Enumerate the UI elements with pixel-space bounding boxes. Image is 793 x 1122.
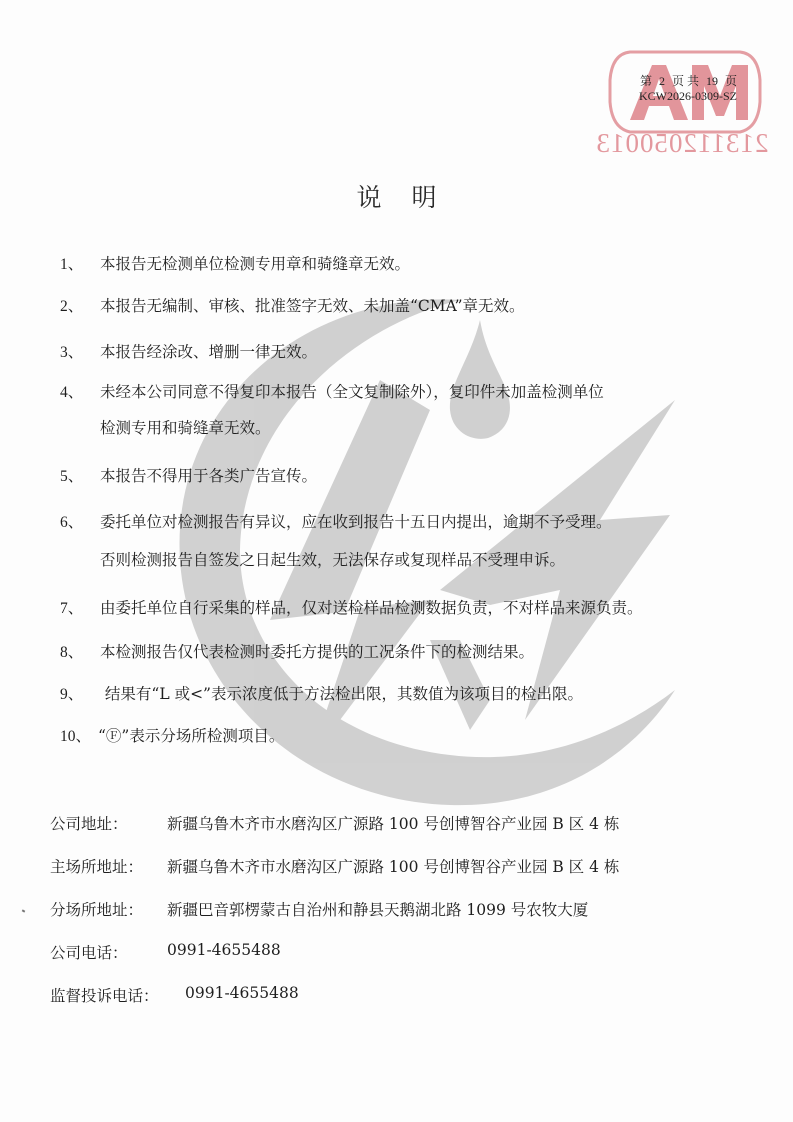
complaint-phone-label: 监督投诉电话： — [50, 984, 159, 1006]
note-number: 3、 — [60, 340, 96, 362]
note-number: 7、 — [60, 596, 96, 618]
branch-site-address-value: 新疆巴音郭楞蒙古自治州和静县天鹅湖北路 1099 号农牧大厦 — [167, 898, 588, 920]
company-address-value: 新疆乌鲁木齐市水磨沟区广源路 100 号创博智谷产业园 B 区 4 栋 — [167, 812, 619, 834]
company-phone-label: 公司电话： — [50, 941, 128, 963]
page-current: 2 — [659, 74, 665, 88]
page-total: 19 — [706, 74, 718, 88]
report-page: 213112050013 第 2 页 共 19 页 KCW2026-0309-S… — [0, 0, 793, 1122]
note-item-10: 10、 “Ⓕ”表示分场所检测项目。 — [60, 724, 284, 746]
note-text: 本报告无编制、审核、批准签字无效、未加盖“CMA”章无效。 — [60, 294, 525, 316]
page-info: 第 2 页 共 19 页 KCW2026-0309-SZ — [636, 74, 737, 104]
note-item-1: 1、 本报告无检测单位检测专用章和骑缝章无效。 — [60, 252, 410, 274]
note-text: 委托单位对检测报告有异议，应在收到报告十五日内提出，逾期不予受理。 — [60, 510, 612, 532]
note-item-6: 6、 委托单位对检测报告有异议，应在收到报告十五日内提出，逾期不予受理。 否则检… — [60, 510, 612, 570]
note-number: 2、 — [60, 294, 96, 316]
company-address-row: 公司地址： 新疆乌鲁木齐市水磨沟区广源路 100 号创博智谷产业园 B 区 4 … — [50, 812, 770, 855]
note-item-9: 9、 结果有“L 或<”表示浓度低于方法检出限，其数值为该项目的检出限。 — [60, 682, 583, 704]
note-item-5: 5、 本报告不得用于各类广告宣传。 — [60, 464, 317, 486]
cma-stamp-number: 213112050013 — [592, 128, 772, 159]
page-suffix: 页 — [725, 74, 737, 88]
note-text-continued: 检测专用和骑缝章无效。 — [60, 416, 604, 438]
note-item-3: 3、 本报告经涂改、增删一律无效。 — [60, 340, 317, 362]
note-text: 未经本公司同意不得复印本报告（全文复制除外），复印件未加盖检测单位 — [60, 380, 604, 402]
note-number: 5、 — [60, 464, 96, 486]
note-number: 4、 — [60, 380, 96, 402]
note-item-8: 8、 本检测报告仅代表检测时委托方提供的工况条件下的检测结果。 — [60, 640, 534, 662]
complaint-phone-row: 监督投诉电话： 0991-4655488 — [50, 984, 770, 1027]
note-text: 结果有“L 或<”表示浓度低于方法检出限，其数值为该项目的检出限。 — [60, 682, 583, 704]
complaint-phone-value: 0991-4655488 — [185, 984, 299, 1002]
main-site-address-value: 新疆乌鲁木齐市水磨沟区广源路 100 号创博智谷产业园 B 区 4 栋 — [167, 855, 619, 877]
company-address-label: 公司地址： — [50, 812, 128, 834]
note-item-4: 4、 未经本公司同意不得复印本报告（全文复制除外），复印件未加盖检测单位 检测专… — [60, 380, 604, 438]
page-title: 说明 — [0, 178, 793, 214]
report-number: KCW2026-0309-SZ — [636, 89, 737, 104]
note-text: 本检测报告仅代表检测时委托方提供的工况条件下的检测结果。 — [60, 640, 534, 662]
note-text-continued: 否则检测报告自签发之日起生效，无法保存或复现样品不受理申诉。 — [60, 548, 612, 570]
main-site-address-label: 主场所地址： — [50, 855, 143, 877]
note-number: 8、 — [60, 640, 96, 662]
main-site-address-row: 主场所地址： 新疆乌鲁木齐市水磨沟区广源路 100 号创博智谷产业园 B 区 4… — [50, 855, 770, 898]
note-number: 10、 — [60, 724, 96, 746]
page-prefix: 第 — [640, 74, 652, 88]
company-phone-value: 0991-4655488 — [167, 941, 281, 959]
note-text: 本报告无检测单位检测专用章和骑缝章无效。 — [60, 252, 410, 274]
company-phone-row: 公司电话： 0991-4655488 — [50, 941, 770, 984]
branch-site-address-row: 分场所地址： 新疆巴音郭楞蒙古自治州和静县天鹅湖北路 1099 号农牧大厦 — [50, 898, 770, 941]
note-number: 9、 — [60, 682, 96, 704]
contact-info: 公司地址： 新疆乌鲁木齐市水磨沟区广源路 100 号创博智谷产业园 B 区 4 … — [50, 812, 770, 1027]
note-text: 由委托单位自行采集的样品，仅对送检样品检测数据负责，不对样品来源负责。 — [60, 596, 643, 618]
scan-speck — [22, 909, 26, 912]
branch-site-address-label: 分场所地址： — [50, 898, 143, 920]
note-number: 6、 — [60, 510, 96, 532]
note-item-7: 7、 由委托单位自行采集的样品，仅对送检样品检测数据负责，不对样品来源负责。 — [60, 596, 643, 618]
note-text: 本报告经涂改、增删一律无效。 — [60, 340, 317, 362]
note-number: 1、 — [60, 252, 96, 274]
note-text: 本报告不得用于各类广告宣传。 — [60, 464, 317, 486]
note-item-2: 2、 本报告无编制、审核、批准签字无效、未加盖“CMA”章无效。 — [60, 294, 525, 316]
page-counter: 第 2 页 共 19 页 — [636, 74, 737, 89]
page-mid: 页 共 — [672, 74, 699, 88]
